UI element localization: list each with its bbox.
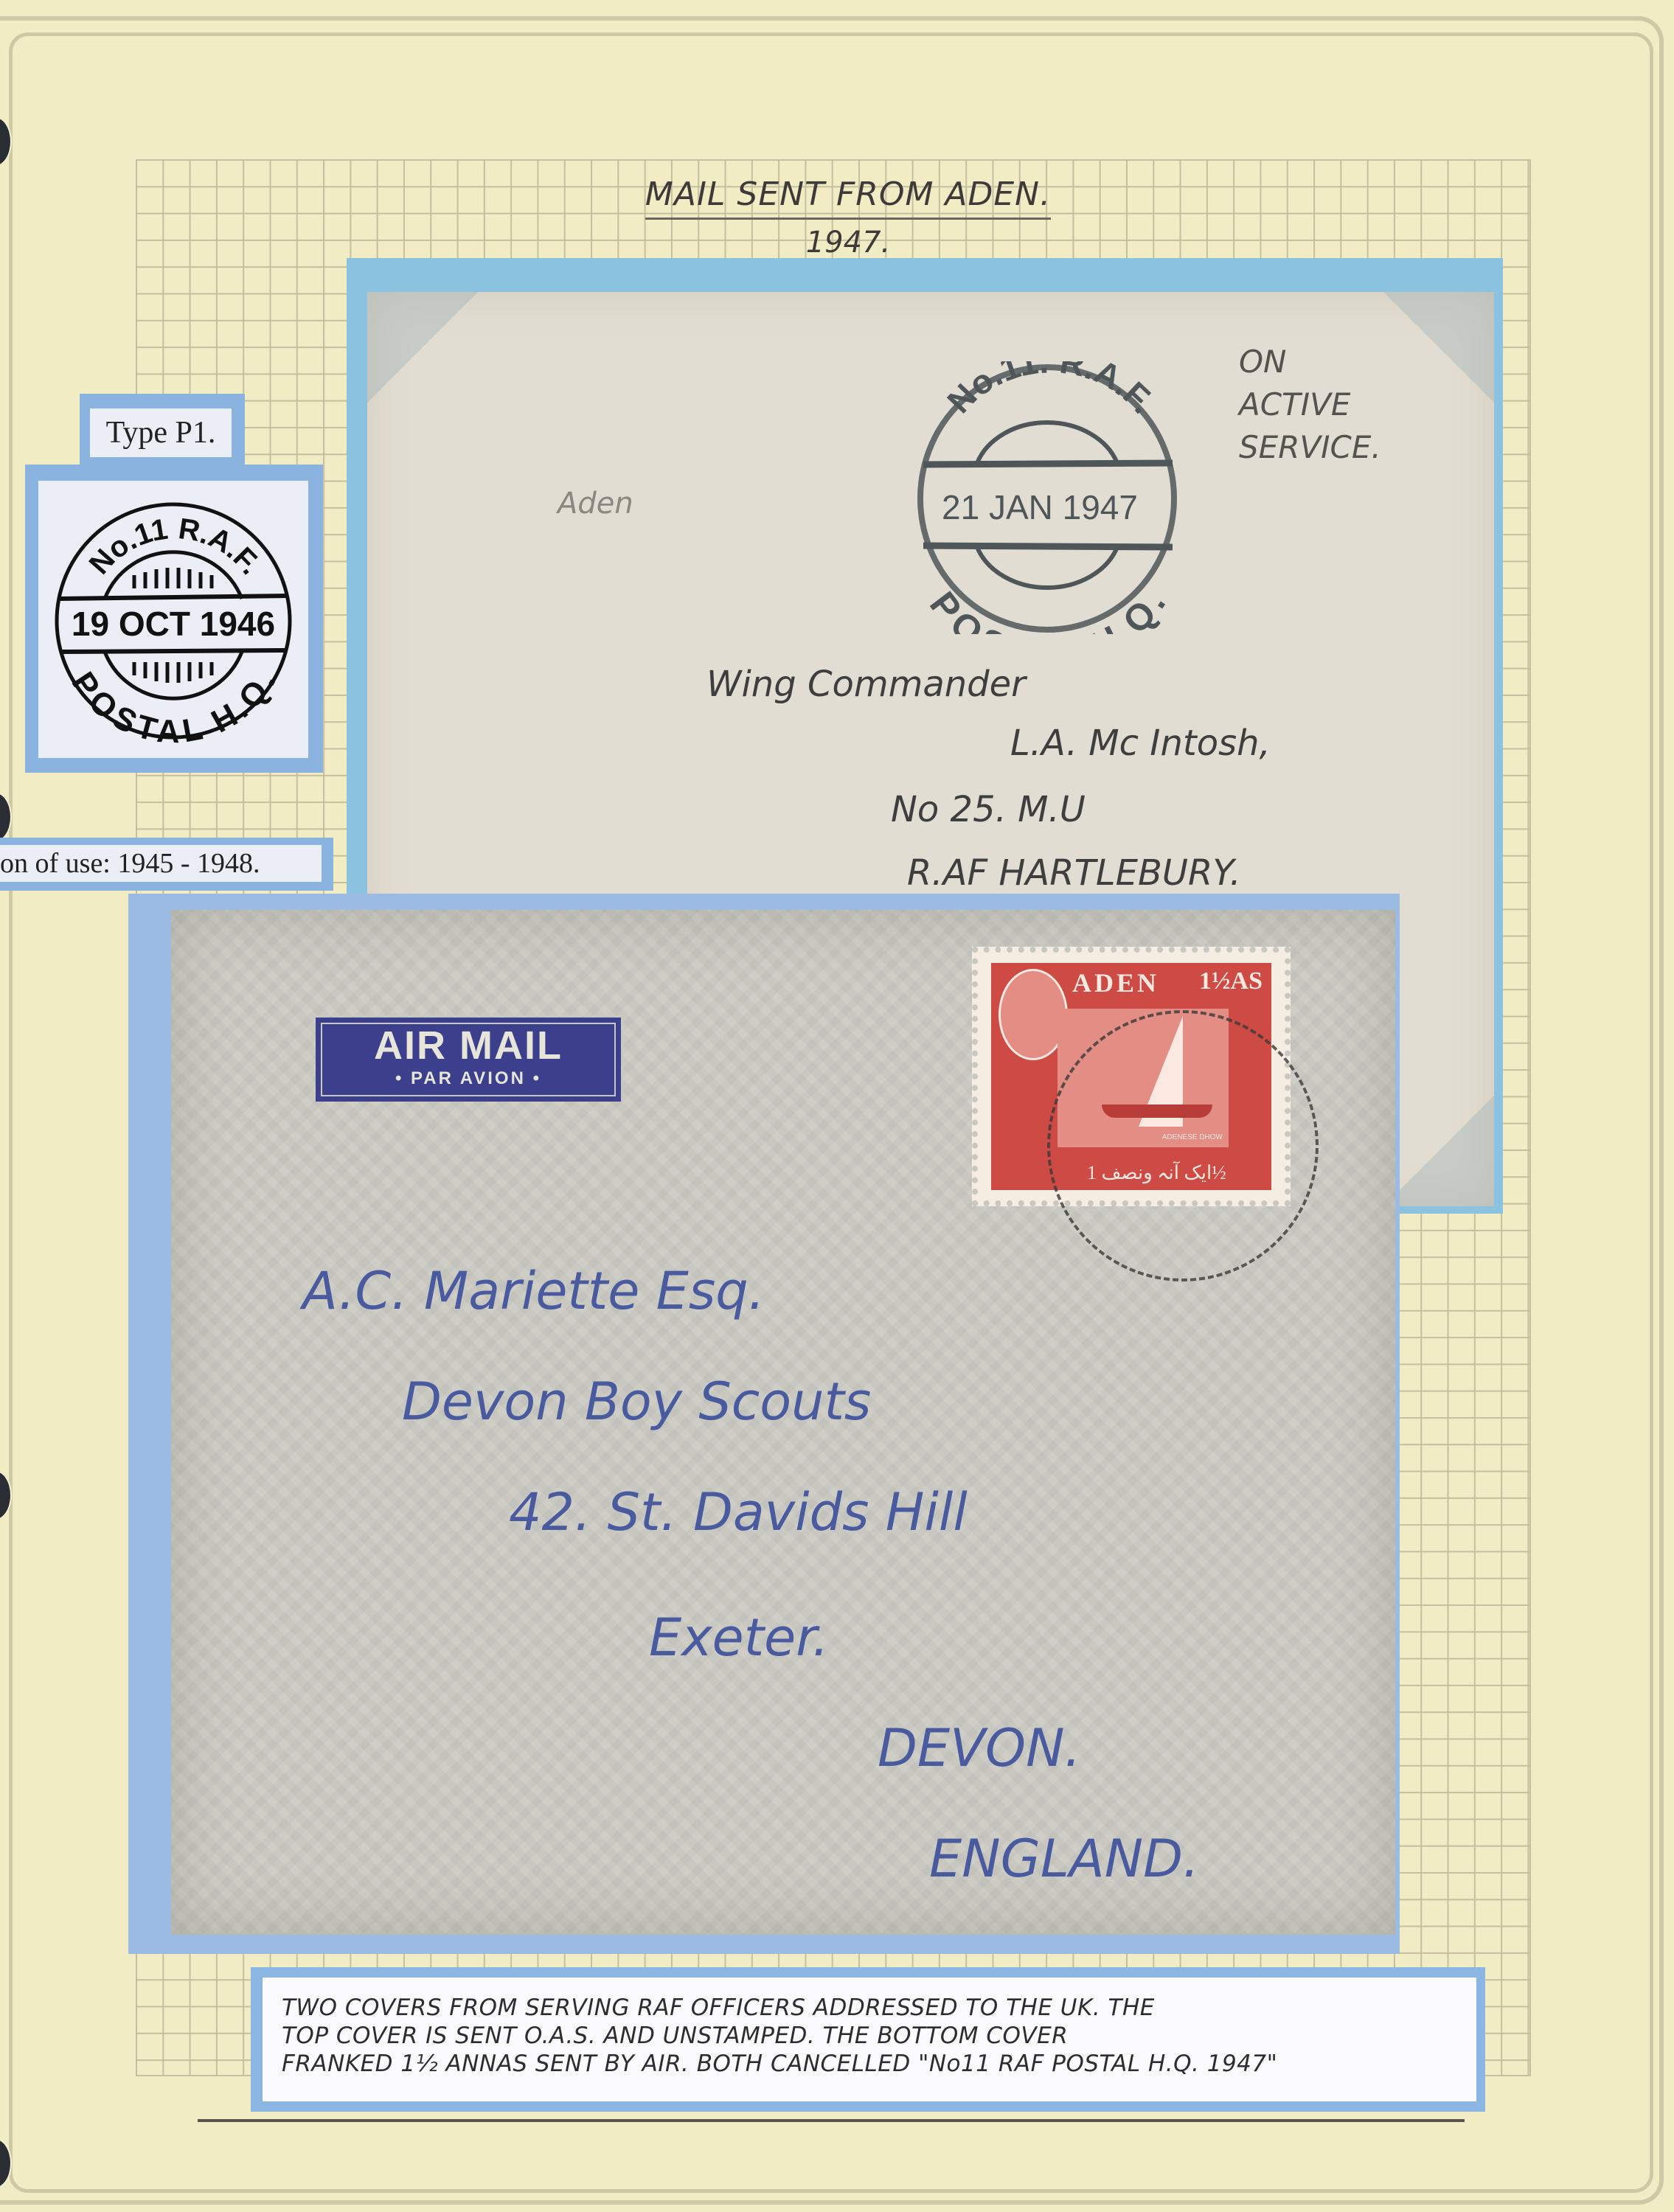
- description-caption: TWO COVERS FROM SERVING RAF OFFICERS ADD…: [263, 1978, 1476, 2101]
- bottom-cover-address-line: DEVON.: [878, 1718, 1081, 1778]
- svg-text:POSTAL H.Q.: POSTAL H.Q.: [922, 584, 1173, 634]
- bottom-cover-address-line: 42. St. Davids Hill: [509, 1482, 968, 1543]
- bottom-cover-address-line: ENGLAND.: [929, 1829, 1199, 1889]
- type-label-mount: Type P1.: [80, 394, 245, 470]
- photo-corner: [1383, 1096, 1494, 1206]
- type-label: Type P1.: [90, 408, 232, 457]
- bottom-cover-address-line: A.C. Mariette Esq.: [302, 1261, 765, 1321]
- pencil-note: Aden: [558, 487, 633, 521]
- top-cover-address-line: L.A. Mc Intosh,: [1010, 723, 1271, 764]
- bottom-cover-address-line: Exeter.: [649, 1607, 829, 1668]
- period-of-use-label: on of use: 1945 - 1948.: [0, 845, 322, 882]
- top-cover-address-line: Wing Commander: [706, 664, 1026, 705]
- top-cover-address-line: R.AF HARTLEBURY.: [907, 852, 1241, 894]
- footer-rule: [198, 2119, 1465, 2122]
- stamp-value: 1½AS: [1199, 967, 1263, 995]
- par-avion-text: • PAR AVION •: [318, 1068, 619, 1089]
- top-cover-address-line: No 25. M.U: [891, 789, 1086, 830]
- postmark-illustration: No.11 R.A.F. 19 OCT 1946 POSTAL H.Q.: [38, 481, 308, 758]
- svg-text:21 JAN 1947: 21 JAN 1947: [942, 488, 1138, 526]
- photo-corner: [367, 292, 478, 403]
- page-title: MAIL SENT FROM ADEN.: [645, 175, 1051, 220]
- airmail-etiquette: AIR MAIL • PAR AVION •: [316, 1018, 621, 1102]
- bottom-cover-address-line: Devon Boy Scouts: [402, 1371, 871, 1432]
- svg-text:POSTAL H.Q.: POSTAL H.Q.: [65, 666, 283, 751]
- postmark-example-mount: No.11 R.A.F. 19 OCT 1946 POSTAL H.Q.: [25, 465, 323, 773]
- oas-endorsement: ON ACTIVE SERVICE.: [1239, 341, 1381, 469]
- page-year: 1947.: [806, 226, 891, 262]
- postmark-example: No.11 R.A.F. 19 OCT 1946 POSTAL H.Q.: [38, 481, 308, 758]
- bottom-cover-cancel: [1047, 1010, 1319, 1281]
- top-cover-postmark: No.11. R.A.F. 21 JAN 1947 POSTAL H.Q.: [907, 361, 1202, 634]
- stamp-country: ADEN: [1072, 967, 1159, 998]
- svg-text:19 OCT 1946: 19 OCT 1946: [72, 605, 275, 643]
- airmail-text: AIR MAIL: [318, 1023, 619, 1068]
- photo-corner: [1383, 292, 1494, 403]
- period-of-use-mount: on of use: 1945 - 1948.: [0, 838, 333, 891]
- page-heading: MAIL SENT FROM ADEN. 1947.: [619, 175, 1077, 262]
